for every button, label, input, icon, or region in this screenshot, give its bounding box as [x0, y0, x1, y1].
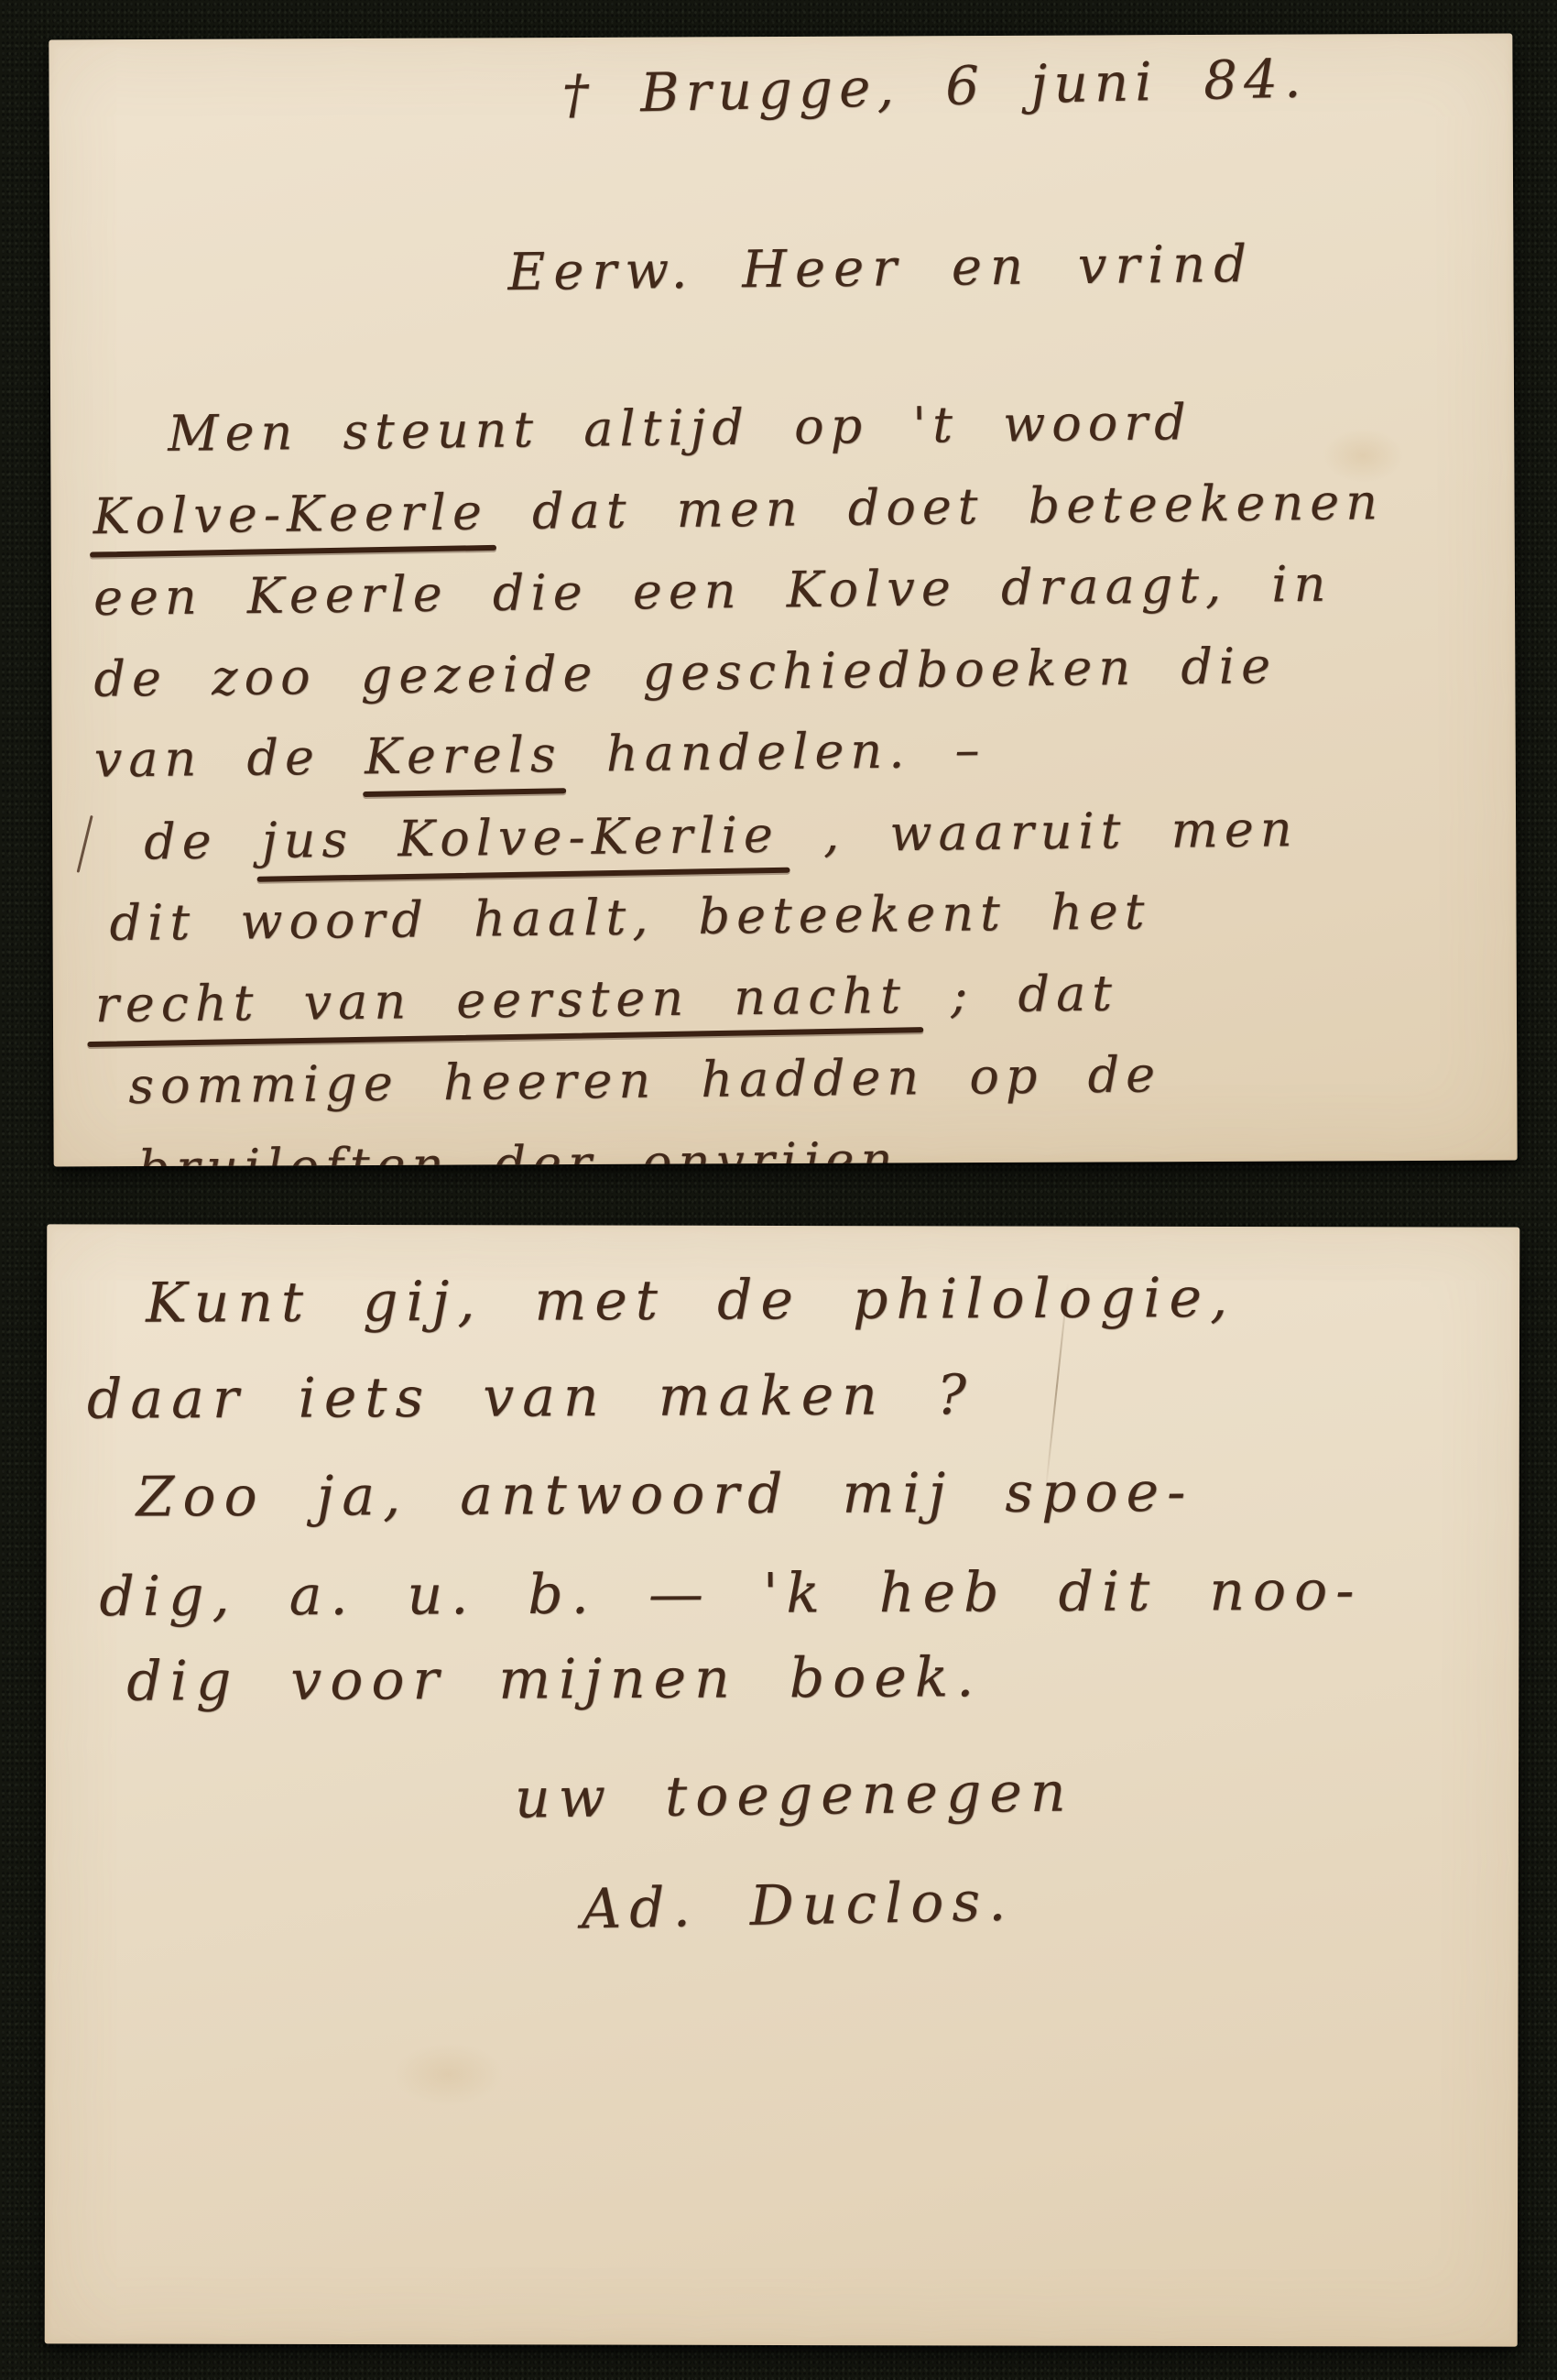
- closing-line: uw toegenegen: [515, 1764, 1074, 1826]
- underlined-text: Kerels: [365, 726, 562, 785]
- salutation-line: Eerw. Heer en vrind: [507, 239, 1255, 299]
- text-segment: ; dat: [907, 965, 1119, 1025]
- text-segment: , waaruit men: [778, 800, 1298, 863]
- handwriting-line: dit woord haalt, beteekent het: [109, 887, 1150, 948]
- text-segment: een Keerle die een Kolve draagt, in: [93, 555, 1333, 627]
- text-segment: daar iets van maken ?: [87, 1363, 975, 1432]
- handwriting-line: Men steunt altijd op 't woord: [168, 398, 1192, 459]
- handwriting-line: Zoo ja, antwoord mij spoe-: [136, 1465, 1194, 1525]
- letter-page-1: † Brugge, 6 juni 84. Eerw. Heer en vrind…: [49, 34, 1517, 1167]
- text-segment: de zoo gezeide geschiedboeken die: [93, 637, 1277, 708]
- letter-page-2: Kunt gij, met de philologie, daar iets v…: [45, 1224, 1520, 2346]
- text-segment: Zoo ja, antwoord mij spoe-: [136, 1460, 1194, 1530]
- text-segment: bruiloften der onvrijen: [137, 1131, 898, 1167]
- text-segment: van de: [93, 727, 365, 788]
- text-segment: sommige heeren hadden op de: [128, 1045, 1161, 1115]
- handwriting-line: dig voor mijnen boek.: [126, 1650, 982, 1709]
- text-segment: Kunt gij, met de philologie,: [146, 1266, 1236, 1336]
- date-line: † Brugge, 6 juni 84.: [561, 51, 1308, 121]
- handwriting-line: Kunt gij, met de philologie,: [146, 1271, 1236, 1331]
- handwriting-line: de zoo gezeide geschiedboeken die: [93, 641, 1277, 704]
- handwriting-line: Kolve-Keerle dat men doet beteekenen: [93, 477, 1384, 541]
- handwriting-line: de jus Kolve-Kerlie , waaruit men: [144, 804, 1299, 867]
- underlined-text: Kolve-Keerle: [93, 483, 488, 545]
- signature: Ad. Duclos.: [581, 1874, 1014, 1938]
- text-segment: dit woord haalt, beteekent het: [109, 882, 1151, 952]
- stray-ink-mark: [77, 815, 93, 873]
- underlined-text: jus Kolve-Kerlie: [261, 806, 779, 869]
- handwriting-line: sommige heeren hadden op de: [128, 1050, 1161, 1111]
- photo-background: † Brugge, 6 juni 84. Eerw. Heer en vrind…: [0, 0, 1557, 2380]
- text-segment: uw toegenegen: [515, 1760, 1074, 1830]
- text-segment: handelen. –: [561, 721, 985, 783]
- underlined-text: recht van eersten nacht: [95, 966, 908, 1033]
- handwriting-line: van de Kerels handelen. –: [93, 726, 985, 785]
- text-segment: Men steunt altijd op 't woord: [168, 393, 1192, 463]
- handwriting-line-clipped: bruiloften der onvrijen: [137, 1136, 898, 1167]
- handwriting-line: recht van eersten nacht ; dat: [95, 969, 1119, 1031]
- text-segment: dat men doet beteekenen: [487, 473, 1384, 540]
- handwriting-line: een Keerle die een Kolve draagt, in: [93, 560, 1333, 623]
- text-segment: Ad. Duclos.: [581, 1870, 1015, 1942]
- text-segment: dig, a. u. b. — 'k heb dit noo-: [99, 1559, 1362, 1630]
- handwriting-line: daar iets van maken ?: [87, 1368, 974, 1427]
- text-segment: dig voor mijnen boek.: [126, 1645, 982, 1714]
- handwriting-line: dig, a. u. b. — 'k heb dit noo-: [99, 1564, 1362, 1625]
- paper-stain: [393, 2042, 503, 2106]
- text-segment: de: [144, 812, 262, 870]
